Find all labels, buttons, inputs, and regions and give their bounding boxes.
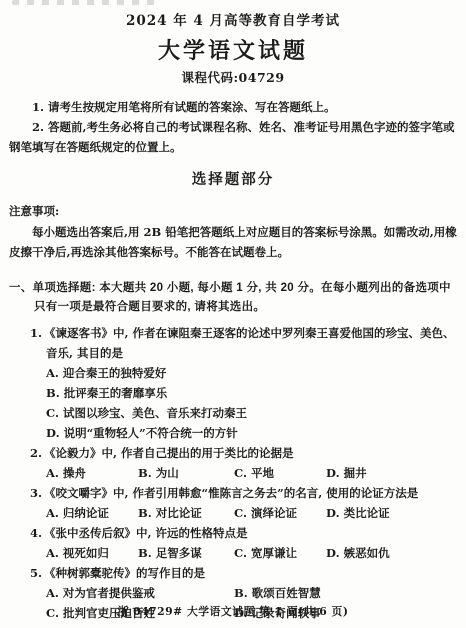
question-text: 《论毅力》中, 作者自己提出的用于类比的论据是 — [44, 446, 294, 460]
question-stem: 3.《咬文嚼字》中, 作者引用韩愈“惟陈言之务去”的名言, 使用的论证方法是 — [30, 483, 457, 503]
question-text: 《张中丞传后叙》中, 许远的性格特点是 — [44, 526, 248, 540]
question-stem: 1.《谏逐客书》中, 作者在谏阻秦王逐客的论述中罗列秦王喜爱他国的珍宝、美色、音… — [30, 323, 457, 363]
option-a: A. 操舟 — [46, 463, 138, 483]
section-title: 选择题部分 — [9, 168, 457, 189]
option-a: A. 迎合秦王的独特爱好 — [46, 363, 457, 383]
question-number: 1. — [30, 323, 44, 343]
option-a: A. 归纳论证 — [46, 503, 138, 523]
option-c: C. 试图以珍宝、美色、音乐来打动秦王 — [46, 403, 457, 423]
question-number: 3. — [30, 483, 44, 503]
question-4: 4.《张中丞传后叙》中, 许远的性格特点是 A. 视死如归 B. 足智多谋 C.… — [30, 523, 457, 563]
instruction-item: 1. 请考生按规定用笔将所有试题的答案涂、写在答题纸上。 — [9, 97, 457, 117]
option-b: B. 歌颂百姓智慧 — [234, 583, 321, 603]
option-b: B. 为山 — [138, 463, 234, 483]
cropped-scan-artifact — [12, 0, 162, 5]
part-one-heading: 一、单项选择题: 本大题共 20 小题, 每小题 1 分, 共 20 分。在每小… — [9, 279, 457, 317]
option-b: B. 足智多谋 — [138, 543, 234, 563]
course-code: 课程代码:04729 — [9, 68, 457, 86]
question-1: 1.《谏逐客书》中, 作者在谏阻秦王逐客的论述中罗列秦王喜爱他国的珍宝、美色、音… — [30, 323, 457, 443]
option-d: D. 掘井 — [326, 463, 367, 483]
paper-title: 大学语文试题 — [9, 34, 457, 65]
option-group: A. 视死如归 B. 足智多谋 C. 宽厚谦让 D. 嫉恶如仇 — [46, 543, 457, 563]
question-text: 《谏逐客书》中, 作者在谏阻秦王逐客的论述中罗列秦王喜爱他国的珍宝、美色、音乐,… — [44, 326, 455, 360]
question-stem: 4.《张中丞传后叙》中, 许远的性格特点是 — [30, 523, 457, 543]
option-d: D. 说明“重物轻人”不符合统一的方针 — [46, 423, 457, 443]
instruction-item: 2. 答题前,考生务必将自己的考试课程名称、姓名、准考证号用黑色字迹的签字笔或钢… — [9, 117, 457, 157]
option-group: A. 操舟 B. 为山 C. 平地 D. 掘井 — [46, 463, 457, 483]
option-c: C. 平地 — [234, 463, 326, 483]
question-stem: 2.《论毅力》中, 作者自己提出的用于类比的论据是 — [30, 443, 457, 463]
question-number: 2. — [30, 443, 44, 463]
notice-label: 注意事项: — [9, 202, 457, 220]
option-b: B. 对比论证 — [138, 503, 234, 523]
option-d: D. 嫉恶如仇 — [326, 543, 390, 563]
option-a: A. 视死如归 — [46, 543, 138, 563]
question-list: 1.《谏逐客书》中, 作者在谏阻秦王逐客的论述中罗列秦王喜爱他国的珍宝、美色、音… — [9, 323, 457, 623]
option-c: C. 宽厚谦让 — [234, 543, 326, 563]
general-instructions: 1. 请考生按规定用笔将所有试题的答案涂、写在答题纸上。 2. 答题前,考生务必… — [9, 97, 457, 157]
option-a: A. 对为官者提供鉴戒 — [46, 583, 234, 603]
question-text: 《种树郭橐驼传》的写作目的是 — [44, 566, 205, 580]
question-stem: 5.《种树郭橐驼传》的写作目的是 — [30, 563, 457, 583]
notice-body: 每小题选出答案后,用 2B 铅笔把答题纸上对应题目的答案标号涂黑。如需改动,用橡… — [9, 222, 457, 262]
option-group: A. 归纳论证 B. 对比论证 C. 演绎论证 D. 类比论证 — [46, 503, 457, 523]
page-footer: 浙 04729# 大学语文试题 第 1 页(共 6 页) — [0, 604, 466, 619]
question-number: 4. — [30, 523, 44, 543]
exam-session-line: 2024 年 4 月高等教育自学考试 — [9, 9, 457, 29]
option-group: A. 对为官者提供鉴戒 B. 歌颂百姓智慧 — [46, 583, 457, 603]
question-3: 3.《咬文嚼字》中, 作者引用韩愈“惟陈言之务去”的名言, 使用的论证方法是 A… — [30, 483, 457, 523]
option-b: B. 批评秦王的奢靡享乐 — [46, 383, 457, 403]
option-d: D. 类比论证 — [326, 503, 390, 523]
option-group: A. 迎合秦王的独特爱好 B. 批评秦王的奢靡享乐 C. 试图以珍宝、美色、音乐… — [46, 363, 457, 443]
exam-paper-page: 2024 年 4 月高等教育自学考试 大学语文试题 课程代码:04729 1. … — [0, 0, 466, 628]
question-number: 5. — [30, 563, 44, 583]
option-c: C. 演绎论证 — [234, 503, 326, 523]
question-text: 《咬文嚼字》中, 作者引用韩愈“惟陈言之务去”的名言, 使用的论证方法是 — [44, 486, 418, 500]
question-2: 2.《论毅力》中, 作者自己提出的用于类比的论据是 A. 操舟 B. 为山 C.… — [30, 443, 457, 483]
